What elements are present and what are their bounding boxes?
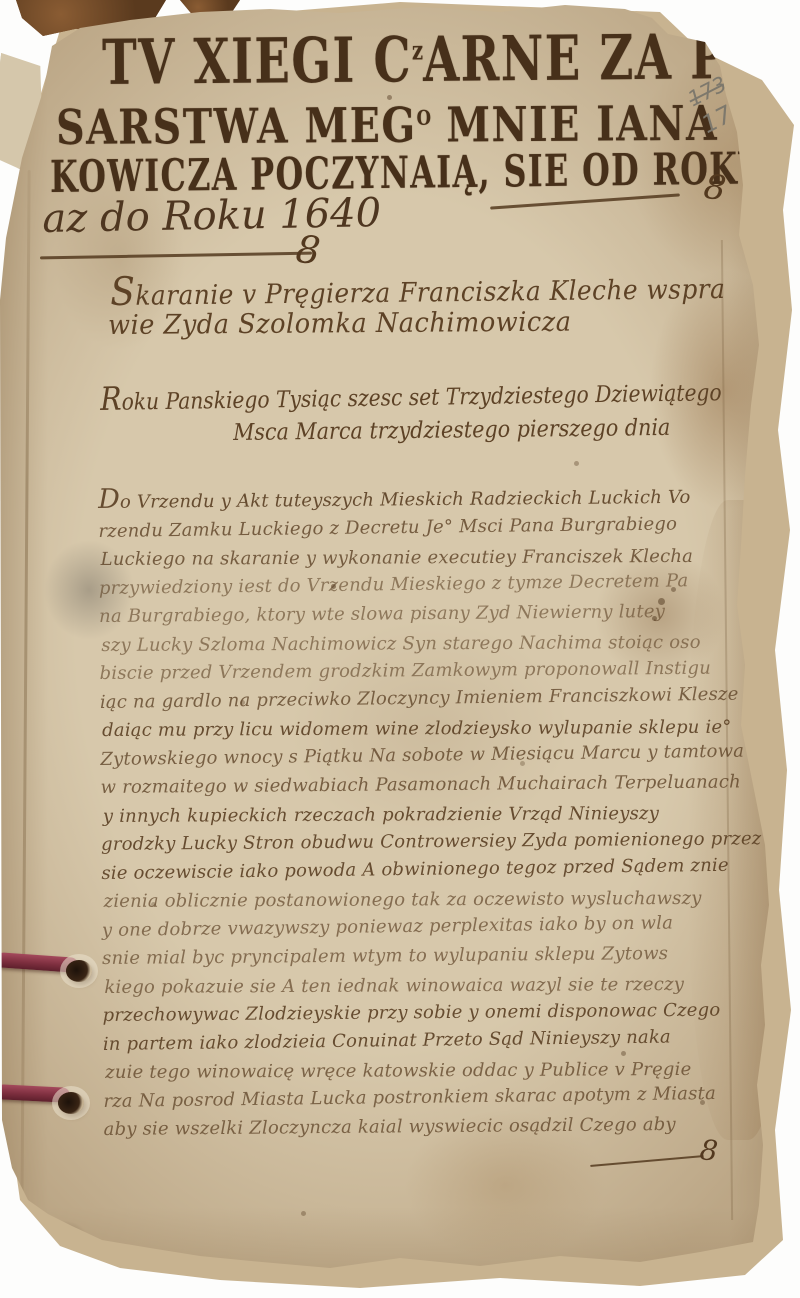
title-line-1: TV XIEGI CzARNE ZA PI <box>102 20 750 99</box>
underline-flourish <box>40 252 312 260</box>
dateline-2: Msca Marca trzydziestego pierszego dnia <box>233 415 670 446</box>
ink-flourish: 8 <box>701 167 728 210</box>
sewing-hole <box>66 960 92 982</box>
ink-flourish: 8 <box>698 1133 719 1168</box>
case-heading-line-2: wie Zyda Szolomka Nachimowicza <box>108 307 572 341</box>
manuscript-line: aby sie wszelki Zloczyncza kaial wyswiec… <box>103 1110 743 1144</box>
manuscript-line: na Burgrabiego, ktory wte slowa pisany Z… <box>99 597 739 631</box>
title-line-4: az do Roku 1640 <box>42 190 382 242</box>
record-body: Do Vrzendu y Akt tuteyszych Mieskich Rad… <box>98 480 744 1144</box>
sewing-hole <box>58 1092 84 1114</box>
manuscript-page: TV XIEGI CzARNE ZA PI SARSTWA MEGO MNIE … <box>0 0 800 1298</box>
title-line-1-text: TV XIEGI C <box>102 23 412 99</box>
manuscript-line: snie mial byc pryncipalem wtym to wylupa… <box>102 939 742 973</box>
title-line-2-superscript: O <box>417 106 432 130</box>
manuscript-line: w rozmaitego w siedwabiach Pasamonach Mu… <box>101 768 741 802</box>
underline-flourish <box>590 1155 704 1167</box>
title-line-1-superscript: z <box>412 36 423 66</box>
dateline-1: Roku Panskiego Tysiąc szesc set Trzydzie… <box>100 370 722 418</box>
ink-specks <box>0 0 3 3</box>
ink-flourish: 8 <box>294 227 323 273</box>
fold-crease <box>20 170 30 1220</box>
manuscript-photo: { "page": { "header": { "line1_pre": "TV… <box>0 0 800 1298</box>
